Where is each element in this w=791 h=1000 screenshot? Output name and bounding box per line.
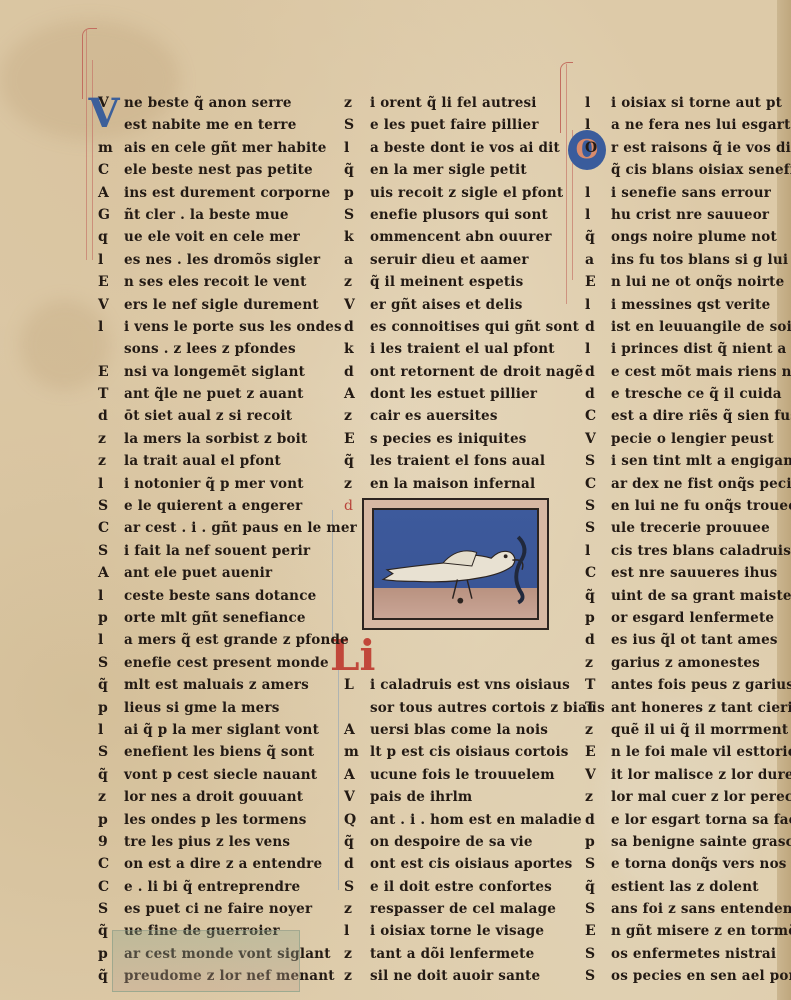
- line-text: ule trecerie prouuee: [611, 517, 770, 539]
- line-text: uersi blas come la nois: [370, 719, 548, 741]
- text-line: Sos pecies en sen ael porta: [585, 965, 791, 987]
- text-line: q̃vont p cest siecle nauant: [98, 764, 357, 786]
- text-line: Ensi va longemēt siglant: [98, 361, 357, 383]
- line-text: i caladruis est vns oisiaus: [370, 674, 570, 696]
- line-text: ans foi z sans entendemẽt: [611, 898, 791, 920]
- line-text: la mers la sorbist z boit: [124, 428, 307, 450]
- text-line: [344, 629, 605, 651]
- line-initial: z: [344, 965, 370, 987]
- text-line: porte mlt gñt senefiance: [98, 607, 357, 629]
- line-initial: z: [344, 92, 370, 114]
- line-text: ōt siet aual z si recoit: [124, 405, 292, 427]
- line-text: r est raisons q̃ ie vos die: [611, 137, 791, 159]
- line-text: cis tres blans caladruis: [611, 540, 791, 562]
- text-line: plieus si gme la mers: [98, 697, 357, 719]
- text-line: dist en leuuangile de soi: [585, 316, 791, 338]
- line-initial: k: [344, 338, 370, 360]
- text-line: zla trait aual el pfont: [98, 450, 357, 472]
- faded-marginal-drawing: [112, 930, 300, 992]
- text-line: Adont les estuet pillier: [344, 383, 605, 405]
- text-line: Senefient les biens q̃ sont: [98, 741, 357, 763]
- text-line: ains fu tos blans si g lui plot: [585, 249, 791, 271]
- text-line: ztant a dõi lenfermete: [344, 943, 605, 965]
- line-initial: d: [344, 853, 370, 875]
- text-line: Gñt cler . la beste mue: [98, 204, 357, 226]
- text-line: lai q̃ p la mer siglant vont: [98, 719, 357, 741]
- line-text: ist en leuuangile de soi: [611, 316, 791, 338]
- line-text: ont retornent de droit nagẽ: [370, 361, 583, 383]
- line-initial: z: [585, 719, 611, 741]
- line-initial: q̃: [98, 764, 124, 786]
- line-initial: l: [98, 629, 124, 651]
- line-text: i oisiax si torne aut pt: [611, 92, 782, 114]
- line-text: cair es auersites: [370, 405, 498, 427]
- line-text: a beste dont ie vos ai dit: [370, 137, 560, 159]
- line-initial: q̃: [98, 674, 124, 696]
- line-text: ongs noire plume not: [611, 226, 777, 248]
- line-initial: l: [98, 585, 124, 607]
- text-line: psa benigne sainte grasce: [585, 831, 791, 853]
- line-initial: A: [98, 182, 124, 204]
- parchment-stain: [20, 300, 110, 390]
- line-initial: S: [344, 876, 370, 898]
- text-line: Car cest . i . gñt paus en le mer: [98, 517, 357, 539]
- line-initial: Q: [344, 809, 370, 831]
- line-text: a ne fera nes lui esgart: [611, 114, 791, 136]
- line-text: en la maison infernal: [370, 473, 535, 495]
- line-initial: l: [585, 204, 611, 226]
- line-text: s pecies es iniquites: [370, 428, 527, 450]
- line-text: n ses eles recoit le vent: [124, 271, 307, 293]
- text-line: Aant ele puet auenir: [98, 562, 357, 584]
- text-line: la beste dont ie vos ai dit: [344, 137, 605, 159]
- line-text: ceste beste sans dotance: [124, 585, 316, 607]
- line-initial: V: [98, 92, 124, 114]
- line-text: on est a dire z a entendre: [124, 853, 322, 875]
- line-initial: d: [585, 629, 611, 651]
- line-text: ant ele puet auenir: [124, 562, 272, 584]
- line-text: e . li bi q̃ entreprendre: [124, 876, 300, 898]
- line-initial: p: [98, 697, 124, 719]
- text-line: kommencent abn ouurer: [344, 226, 605, 248]
- text-line: Si fait la nef souent perir: [98, 540, 357, 562]
- text-line: Se il doit estre confortes: [344, 876, 605, 898]
- caladrius-illustration: [362, 498, 549, 630]
- line-initial: V: [585, 428, 611, 450]
- line-initial: C: [585, 562, 611, 584]
- line-text: i les traient el ual pfont: [370, 338, 555, 360]
- line-text: a mers q̃ est grande z pfonde: [124, 629, 349, 651]
- line-text: i notonier q̃ p mer vont: [124, 473, 304, 495]
- text-line: zlor mal cuer z lor perec: [585, 786, 791, 808]
- line-initial: A: [344, 764, 370, 786]
- line-initial: q̃: [585, 226, 611, 248]
- text-line: ki les traient el ual pfont: [344, 338, 605, 360]
- text-line: zq̃ il meinent espetis: [344, 271, 605, 293]
- text-line: q̃ cis blans oisiax senefie: [585, 159, 791, 181]
- line-text: e cest mõt mais riens ni tr: [611, 361, 791, 383]
- line-text: e les puet faire pillier: [370, 114, 539, 136]
- text-line: zgarius z amonestes: [585, 652, 791, 674]
- line-text: dont les estuet pillier: [370, 383, 537, 405]
- text-line: dōt siet aual z si recoit: [98, 405, 357, 427]
- line-initial: S: [585, 495, 611, 517]
- line-initial: z: [344, 271, 370, 293]
- line-text: os enfermetes nistrai: [611, 943, 776, 965]
- text-line: mais en cele gñt mer habite: [98, 137, 357, 159]
- bird-illustration-icon: [374, 510, 537, 618]
- line-text: est a dire riẽs q̃ sien fust: [611, 405, 791, 427]
- line-initial: m: [344, 741, 370, 763]
- line-text: ommencent abn ouurer: [370, 226, 552, 248]
- line-initial: V: [98, 294, 124, 316]
- text-line: q̃les traient el fons aual: [344, 450, 605, 472]
- line-text: ñt cler . la beste mue: [124, 204, 289, 226]
- line-initial: l: [344, 920, 370, 942]
- line-text: er gñt aises et delis: [370, 294, 523, 316]
- line-initial: E: [344, 428, 370, 450]
- text-line: lcis tres blans caladruis: [585, 540, 791, 562]
- text-line: Vpais de ihrlm: [344, 786, 605, 808]
- text-line: zquẽ il ui q̃ il morrment: [585, 719, 791, 741]
- line-text: i sen tint mlt a engigame: [611, 450, 791, 472]
- text-line: zi orent q̃ li fel autresi: [344, 92, 605, 114]
- text-line: aseruir dieu et aamer: [344, 249, 605, 271]
- line-text: i princes dist q̃ nient a moi: [611, 338, 791, 360]
- line-initial: l: [585, 182, 611, 204]
- line-initial: q̃: [344, 450, 370, 472]
- line-text: ar dex ne fist onq̃s pecie: [611, 473, 791, 495]
- text-column-1: Vne beste q̃ anon serreest nabite me en …: [98, 92, 357, 988]
- text-line: [344, 652, 605, 674]
- line-text: q̃ il meinent espetis: [370, 271, 523, 293]
- text-line: sons . z lees z pfondes: [98, 338, 357, 360]
- text-line: Tantes fois peus z garius: [585, 674, 791, 696]
- text-line: dont retornent de droit nagẽ: [344, 361, 605, 383]
- text-line: Tant q̃le ne puet z auant: [98, 383, 357, 405]
- line-initial: q̃: [344, 159, 370, 181]
- line-initial: m: [98, 137, 124, 159]
- line-text: sons . z lees z pfondes: [124, 338, 296, 360]
- line-initial: C: [98, 517, 124, 539]
- text-line: de cest mõt mais riens ni tr: [585, 361, 791, 383]
- pen-flourish: [82, 28, 97, 99]
- line-text: en lui ne fu onq̃s trouee: [611, 495, 791, 517]
- line-initial: l: [98, 473, 124, 495]
- line-initial: p: [98, 809, 124, 831]
- line-text: ai q̃ p la mer siglant vont: [124, 719, 319, 741]
- line-text: it lor malisce z lor durec: [611, 764, 791, 786]
- text-line: Li caladruis est vns oisiaus: [344, 674, 605, 696]
- text-line: zcair es auersites: [344, 405, 605, 427]
- line-initial: z: [585, 786, 611, 808]
- text-line: Aucune fois le trouuelem: [344, 764, 605, 786]
- line-initial: d: [344, 361, 370, 383]
- line-text: enefie cest present monde: [124, 652, 329, 674]
- line-text: i vens le porte sus les ondes: [124, 316, 342, 338]
- line-initial: S: [585, 517, 611, 539]
- line-initial: 9: [98, 831, 124, 853]
- line-initial: S: [98, 540, 124, 562]
- line-text: lor mal cuer z lor perec: [611, 786, 791, 808]
- line-text: ais en cele gñt mer habite: [124, 137, 327, 159]
- line-text: es connoitises qui gñt sont: [370, 316, 579, 338]
- text-line: lceste beste sans dotance: [98, 585, 357, 607]
- line-text: sor tous autres cortois z biaus: [370, 697, 605, 719]
- line-text: es puet ci ne faire noyer: [124, 898, 312, 920]
- line-text: enefient les biens q̃ sont: [124, 741, 314, 763]
- line-initial: S: [344, 204, 370, 226]
- line-initial: C: [98, 876, 124, 898]
- line-text: ne beste q̃ anon serre: [124, 92, 292, 114]
- line-text: ele beste nest pas petite: [124, 159, 313, 181]
- line-initial: p: [585, 831, 611, 853]
- line-text: orte mlt gñt senefiance: [124, 607, 306, 629]
- line-text: n le foi male vil esttorient: [611, 741, 791, 763]
- line-text: antes fois peus z garius: [611, 674, 791, 696]
- line-initial: p: [98, 607, 124, 629]
- line-initial: E: [585, 271, 611, 293]
- line-initial: q̃: [344, 831, 370, 853]
- text-line: Senefie cest present monde: [98, 652, 357, 674]
- line-initial: l: [585, 338, 611, 360]
- text-line: Cest a dire riẽs q̃ sien fust: [585, 405, 791, 427]
- text-column-3: li oisiax si torne aut ptla ne fera nes …: [585, 92, 791, 988]
- text-line: En ses eles recoit le vent: [98, 271, 357, 293]
- line-initial: z: [98, 428, 124, 450]
- line-initial: z: [344, 943, 370, 965]
- line-text: n lui ne ot onq̃s noirte: [611, 271, 784, 293]
- text-line: que ele voit en cele mer: [98, 226, 357, 248]
- line-text: ucune fois le trouuelem: [370, 764, 555, 786]
- line-initial: O: [585, 137, 611, 159]
- line-initial: A: [344, 719, 370, 741]
- line-initial: z: [98, 450, 124, 472]
- line-initial: V: [344, 294, 370, 316]
- line-text: est nre sauueres ihus: [611, 562, 777, 584]
- line-initial: C: [98, 853, 124, 875]
- line-initial: p: [585, 607, 611, 629]
- text-line: li senefie sans errour: [585, 182, 791, 204]
- text-line: por esgard lenfermete: [585, 607, 791, 629]
- text-line: de tresche ce q̃ il cuida: [585, 383, 791, 405]
- line-initial: V: [344, 786, 370, 808]
- line-initial: l: [585, 92, 611, 114]
- line-initial: S: [98, 652, 124, 674]
- line-text: lt p est cis oisiaus cortois: [370, 741, 569, 763]
- line-text: lor nes a droit gouuant: [124, 786, 303, 808]
- line-initial: L: [344, 674, 370, 696]
- line-text: garius z amonestes: [611, 652, 760, 674]
- line-initial: T: [585, 697, 611, 719]
- line-text: ue ele voit en cele mer: [124, 226, 300, 248]
- line-initial: l: [344, 137, 370, 159]
- text-line: lhu crist nre sauueor: [585, 204, 791, 226]
- line-initial: E: [98, 361, 124, 383]
- line-initial: d: [585, 316, 611, 338]
- text-line: zrespasser de cel malage: [344, 898, 605, 920]
- line-initial: S: [98, 898, 124, 920]
- line-text: e le quierent a engerer: [124, 495, 302, 517]
- line-text: estient las z dolent: [611, 876, 759, 898]
- line-initial: l: [98, 249, 124, 271]
- text-line: q̃mlt est maluais z amers: [98, 674, 357, 696]
- line-initial: C: [585, 405, 611, 427]
- line-text: i senefie sans errour: [611, 182, 771, 204]
- text-line: li princes dist q̃ nient a moi: [585, 338, 791, 360]
- line-initial: z: [98, 786, 124, 808]
- text-line: zla mers la sorbist z boit: [98, 428, 357, 450]
- line-initial: z: [344, 898, 370, 920]
- line-text: nsi va longemēt siglant: [124, 361, 305, 383]
- text-line: Sule trecerie prouuee: [585, 517, 791, 539]
- line-text: sil ne doit auoir sante: [370, 965, 540, 987]
- line-text: or esgard lenfermete: [611, 607, 774, 629]
- text-line: Es pecies es iniquites: [344, 428, 605, 450]
- text-line: 9tre les pius z les vens: [98, 831, 357, 853]
- text-line: Vit lor malisce z lor durec: [585, 764, 791, 786]
- line-text: on despoire de sa vie: [370, 831, 533, 853]
- line-initial: l: [98, 316, 124, 338]
- text-line: Ains est durement corporne: [98, 182, 357, 204]
- line-initial: q̃: [585, 876, 611, 898]
- line-initial: S: [585, 965, 611, 987]
- text-line: Se torna donq̃s vers nos gent: [585, 853, 791, 875]
- line-text: la trait aual el pfont: [124, 450, 281, 472]
- line-text: enefie plusors qui sont: [370, 204, 548, 226]
- line-text: vont p cest siecle nauant: [124, 764, 317, 786]
- line-initial: z: [344, 473, 370, 495]
- text-line: des ius q̃l ot tant ames: [585, 629, 791, 651]
- line-initial: S: [98, 495, 124, 517]
- line-initial: S: [98, 741, 124, 763]
- line-initial: E: [98, 271, 124, 293]
- text-line: Auersi blas come la nois: [344, 719, 605, 741]
- line-initial: p: [344, 182, 370, 204]
- text-line: li notonier q̃ p mer vont: [98, 473, 357, 495]
- line-text: est nabite me en terre: [124, 114, 297, 136]
- line-initial: l: [98, 719, 124, 741]
- text-line: mlt p est cis oisiaus cortois: [344, 741, 605, 763]
- line-text: os pecies en sen ael porta: [611, 965, 791, 987]
- line-text: i fait la nef souent perir: [124, 540, 310, 562]
- line-text: mlt est maluais z amers: [124, 674, 309, 696]
- text-line: q̃en la mer sigle petit: [344, 159, 605, 181]
- line-text: es ius q̃l ot tant ames: [611, 629, 778, 651]
- line-text: ins est durement corporne: [124, 182, 330, 204]
- line-text: uint de sa grant maiste: [611, 585, 791, 607]
- line-text: ant . i . hom est en maladie: [370, 809, 582, 831]
- text-line: ples ondes p les tormens: [98, 809, 357, 831]
- text-line: zen la maison infernal: [344, 473, 605, 495]
- line-text: ant honeres z tant cieris: [611, 697, 791, 719]
- line-text: q̃ cis blans oisiax senefie: [611, 159, 791, 181]
- line-text: i orent q̃ li fel autresi: [370, 92, 537, 114]
- line-text: e torna donq̃s vers nos gent: [611, 853, 791, 875]
- text-line: est nabite me en terre: [98, 114, 357, 136]
- text-line: de lor esgart torna sa face: [585, 809, 791, 831]
- text-line: Vpecie o lengier peust: [585, 428, 791, 450]
- text-line: li messines qst verite: [585, 294, 791, 316]
- line-initial: A: [98, 562, 124, 584]
- line-text: pecie o lengier peust: [611, 428, 774, 450]
- text-line: Si sen tint mlt a engigame: [585, 450, 791, 472]
- line-initial: C: [98, 159, 124, 181]
- text-line: Ce . li bi q̃ entreprendre: [98, 876, 357, 898]
- line-text: sa benigne sainte grasce: [611, 831, 791, 853]
- text-line: q̃ongs noire plume not: [585, 226, 791, 248]
- line-text: les traient el fons aual: [370, 450, 545, 472]
- line-text: respasser de cel malage: [370, 898, 556, 920]
- text-line: li oisiax si torne aut pt: [585, 92, 791, 114]
- text-line: Cele beste nest pas petite: [98, 159, 357, 181]
- line-text: ont est cis oisiaus aportes: [370, 853, 572, 875]
- text-line: Car dex ne fist onq̃s pecie: [585, 473, 791, 495]
- line-text: lieus si gme la mers: [124, 697, 280, 719]
- line-initial: E: [585, 741, 611, 763]
- line-initial: k: [344, 226, 370, 248]
- line-initial: S: [585, 898, 611, 920]
- line-text: e lor esgart torna sa face: [611, 809, 791, 831]
- text-line: Ver gñt aises et delis: [344, 294, 605, 316]
- line-initial: q̃: [585, 585, 611, 607]
- text-line: Cest nre sauueres ihus: [585, 562, 791, 584]
- line-initial: C: [585, 473, 611, 495]
- line-text: tant a dõi lenfermete: [370, 943, 534, 965]
- line-initial: l: [585, 294, 611, 316]
- text-line: Senefie plusors qui sont: [344, 204, 605, 226]
- text-line: En lui ne ot onq̃s noirte: [585, 271, 791, 293]
- text-line: q̃on despoire de sa vie: [344, 831, 605, 853]
- text-line: la mers q̃ est grande z pfonde: [98, 629, 357, 651]
- text-line: des connoitises qui gñt sont: [344, 316, 605, 338]
- text-line: q̃estient las z dolent: [585, 876, 791, 898]
- line-initial: S: [585, 450, 611, 472]
- text-line: li oisiax torne le visage: [344, 920, 605, 942]
- text-line: dont est cis oisiaus aportes: [344, 853, 605, 875]
- line-initial: T: [585, 674, 611, 696]
- line-text: i messines qst verite: [611, 294, 770, 316]
- line-initial: A: [344, 383, 370, 405]
- line-initial: V: [585, 764, 611, 786]
- line-text: e il doit estre confortes: [370, 876, 552, 898]
- margin-ruling: [86, 30, 87, 260]
- text-line: Tant honeres z tant cieris: [585, 697, 791, 719]
- text-line: Ses puet ci ne faire noyer: [98, 898, 357, 920]
- text-line: puis recoit z sigle el pfont: [344, 182, 605, 204]
- line-initial: d: [585, 361, 611, 383]
- line-initial: S: [585, 943, 611, 965]
- text-line: q̃uint de sa grant maiste: [585, 585, 791, 607]
- text-line: les nes . les dromõs sigler: [98, 249, 357, 271]
- text-line: Sen lui ne fu onq̃s trouee: [585, 495, 791, 517]
- text-line: En le foi male vil esttorient: [585, 741, 791, 763]
- line-text: es nes . les dromõs sigler: [124, 249, 320, 271]
- text-line: la ne fera nes lui esgart: [585, 114, 791, 136]
- line-initial: l: [585, 540, 611, 562]
- text-line: Sans foi z sans entendemẽt: [585, 898, 791, 920]
- line-initial: G: [98, 204, 124, 226]
- line-text: ar cest . i . gñt paus en le mer: [124, 517, 357, 539]
- line-text: pais de ihrlm: [370, 786, 472, 808]
- text-line: Se le quierent a engerer: [98, 495, 357, 517]
- text-line: En gñt misere z en tormẽt: [585, 920, 791, 942]
- text-line: Vers le nef sigle durement: [98, 294, 357, 316]
- line-text: seruir dieu et aamer: [370, 249, 529, 271]
- text-line: li vens le porte sus les ondes: [98, 316, 357, 338]
- line-text: ant q̃le ne puet z auant: [124, 383, 304, 405]
- line-initial: d: [585, 809, 611, 831]
